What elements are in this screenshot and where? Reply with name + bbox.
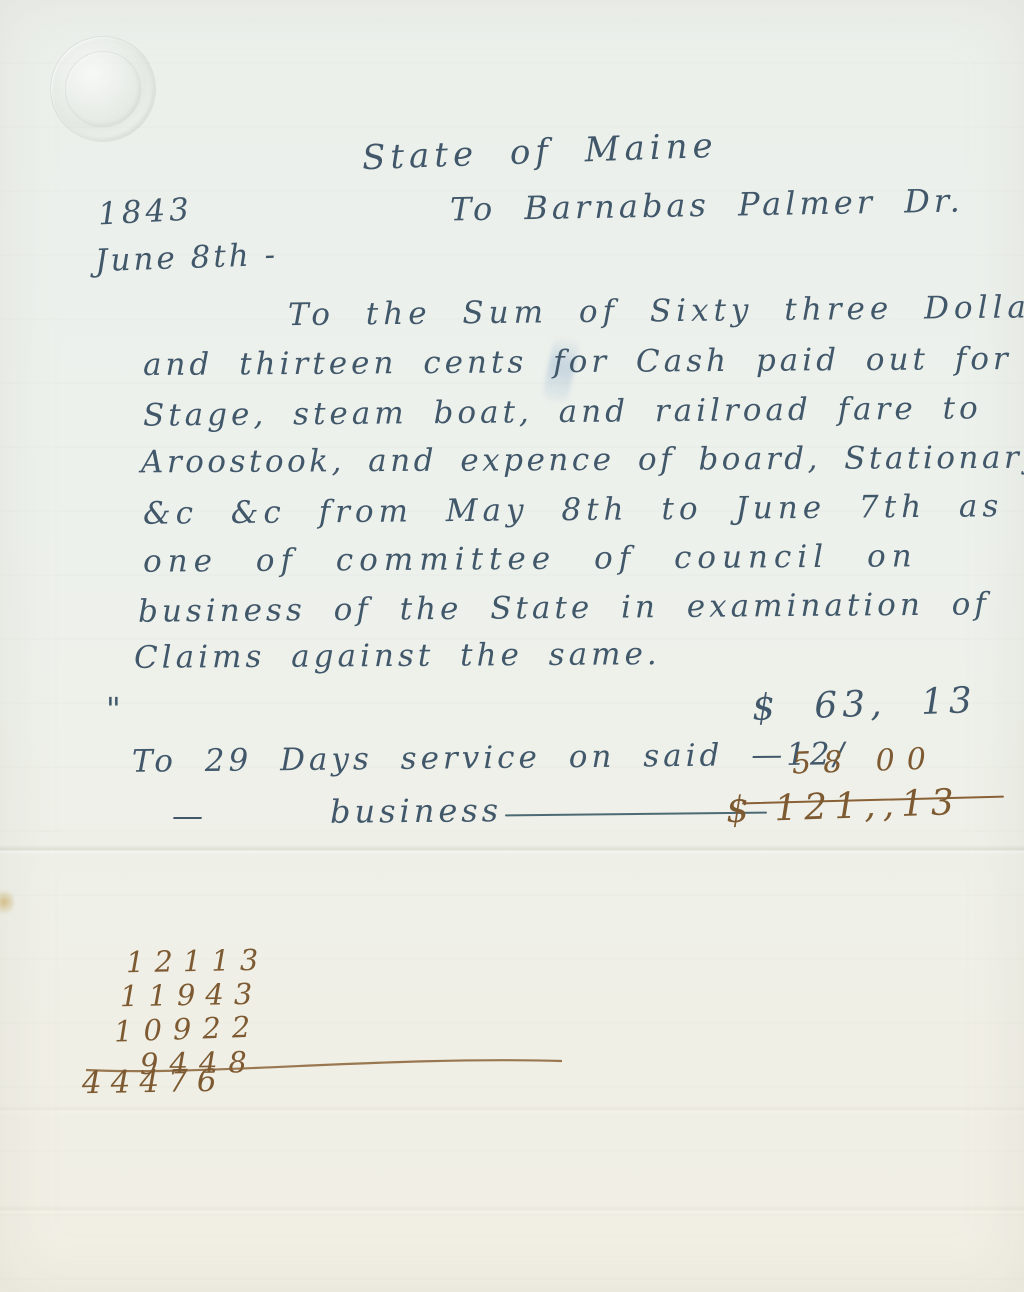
date-line: June 8th -	[94, 237, 278, 279]
business-dash: —	[172, 798, 203, 834]
calculation-addend: 12113	[126, 943, 269, 979]
embossed-seal-inner-ring	[65, 51, 141, 127]
body-line: business of the State in examination of	[138, 586, 990, 629]
fold-crease	[0, 1205, 1024, 1215]
fold-crease	[0, 845, 1024, 855]
calculation-total: 44476	[82, 1063, 226, 1102]
document-page: State of Maine 1843 To Barnabas Palmer D…	[0, 0, 1024, 1292]
addressee-line: To Barnabas Palmer Dr.	[450, 182, 964, 229]
embossed-seal-icon	[50, 36, 156, 142]
document-title: State of Maine	[361, 126, 718, 178]
business-label: business	[330, 791, 502, 831]
total-amount: $ 121,,13	[725, 782, 961, 831]
body-line: Claims against the same.	[134, 636, 661, 676]
service-amount: 58 00	[791, 741, 938, 781]
body-line: Aroostook, and expence of board, Station…	[141, 440, 1024, 481]
fold-crease	[0, 1105, 1024, 1115]
body-line: To the Sum of Sixty three Dollars	[288, 289, 1024, 333]
calculation-addend: 10922	[113, 1009, 261, 1048]
body-line: one of committee of council on	[143, 538, 918, 579]
service-line: To 29 Days service on said —12/	[132, 736, 848, 779]
paper-stain	[0, 888, 14, 916]
year: 1843	[97, 192, 194, 233]
ditto-mark: "	[106, 690, 121, 728]
body-line: and thirteen cents for Cash paid out for	[143, 341, 1012, 383]
calculation-addend: 11943	[120, 977, 263, 1013]
body-line: &c &c from May 8th to June 7th as	[143, 488, 1004, 532]
body-line: Stage, steam boat, and railroad fare to	[143, 390, 982, 433]
first-amount: $ 63, 13	[751, 680, 977, 729]
